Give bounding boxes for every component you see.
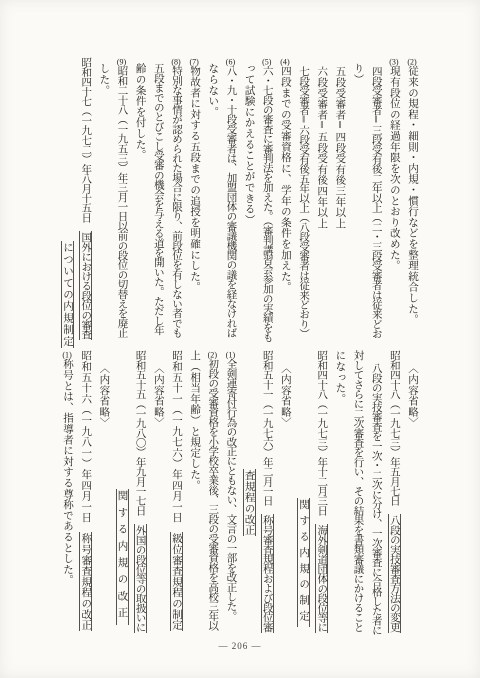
- entry-title: 称号審査規程の改正: [79, 532, 92, 631]
- text-column: り）: [348, 57, 366, 346]
- text-column: (4)四段までの受審資格に、学年の条件を加えた。: [276, 57, 294, 346]
- text-column: 五段までのとびこし受審の機会を与える道を開いた。ただし年: [149, 57, 167, 346]
- clause-number: (6): [225, 57, 235, 66]
- text-column: (2)従来の規程・細則・内規・慣行などを整理統合した。: [403, 57, 421, 346]
- entry-title-continuation: 関する内規の改正: [116, 489, 129, 625]
- text-column: 〈内容省略〉: [94, 350, 112, 628]
- text-column: 昭和五十一（一九七六）年二月一日称号審査規程および段位審: [258, 350, 276, 628]
- text-column: した。: [94, 57, 112, 346]
- text-column: 査規程の改正: [239, 350, 257, 628]
- text-column: についての内規制定: [58, 57, 76, 346]
- text-band-top: (2)従来の規程・細則・内規・慣行などを整理統合した。(3)現有段位の経過年限を…: [58, 57, 421, 346]
- text-column: 関する内規の改正: [112, 350, 130, 628]
- clause-number: (1): [225, 350, 235, 359]
- entry-title: 海外剣道団体の段位等に: [315, 524, 328, 633]
- text-column: 〈内容省略〉: [403, 350, 421, 628]
- text-column: (3)現有段位の経過年限を次のとおり改めた。: [385, 57, 403, 346]
- text-column: 昭和四十八（一九七三）年十二月三日海外剣道団体の段位等に: [312, 350, 330, 628]
- entry-title-continuation: 査規程の改正: [243, 469, 256, 536]
- text-column: (9)昭和二十八（一九五三）年三月一日以前の段位の切替えを廃止: [112, 57, 130, 346]
- text-column: (1)全剣連寄付行為の改正にともない、文言の一部を改正した。: [221, 350, 239, 628]
- page-number: — 206 —: [0, 641, 480, 651]
- text-column: 六段受審者‖五段受有後四年以上: [312, 57, 330, 346]
- text-column: 昭和五十一（一九七六）年四月一日級位審査規程の制定: [167, 350, 185, 628]
- text-column: 四段受審者‖三段受有後二年以上（二・三段受審者は従来どお: [367, 57, 385, 346]
- entry-date: 昭和五十一（一九七六）年二月一日: [262, 350, 273, 505]
- entry-title-continuation: についての内規制定: [61, 241, 74, 348]
- entry-date: 昭和五十五（一九八〇）年九月一七日: [135, 350, 146, 515]
- clause-number: (8): [171, 57, 181, 66]
- entry-title: 称号審査規程および段位審: [261, 514, 274, 632]
- text-column: 対してさらに二次審査を行い、その結果を書類審議にかけること: [348, 350, 366, 628]
- text-column: (8)特別な事情が認められた場合に限り、前段位を有しない者でも: [167, 57, 185, 346]
- text-column: になった。: [330, 350, 348, 628]
- clause-number: (2): [207, 350, 217, 359]
- entry-date: 昭和四十八（一九七三）年十二月三日: [316, 350, 327, 515]
- text-column: 七段受審者‖六段受有後五年以上（八段受審者は従来どおり）: [294, 57, 312, 346]
- clause-number: (5): [262, 57, 272, 66]
- entry-date: 昭和五十一（一九七六）年四月一日: [171, 350, 182, 523]
- text-column: ならない。: [203, 57, 221, 346]
- text-column: (6)八・九・十段受審者は、加盟団体の審議機関の議を経なければ: [221, 57, 239, 346]
- text-column: (2)初段の受審資格を小学校卒業後、三段の受審資格を高校三年以: [203, 350, 221, 628]
- clause-number: (4): [280, 57, 290, 66]
- entry-date: 昭和四十八（一九七三）年五月七日: [389, 350, 400, 505]
- text-column: 昭和四十八（一九七三）年五月七日八段の実技審査方法の変更: [385, 350, 403, 628]
- text-band-bottom: 〈内容省略〉昭和四十八（一九七三）年五月七日八段の実技審査方法の変更八段の実技審…: [58, 350, 421, 628]
- clause-number: (2): [407, 57, 417, 66]
- clause-number: (1): [62, 350, 72, 359]
- text-column: 〈内容省略〉: [276, 350, 294, 628]
- text-column: 齢の条件を付した。: [131, 57, 149, 346]
- text-column: 関する内規の制定: [294, 350, 312, 628]
- entry-title: 八段の実技審査方法の変更: [388, 514, 401, 632]
- clause-number: (3): [389, 57, 399, 66]
- text-column: 五段受審者‖四段受有後三年以上: [330, 57, 348, 346]
- text-column: (7)物故者に対する五段までの追授を明確にした。: [185, 57, 203, 346]
- text-column: 昭和四十七（一九七二）年八月十五日国外における段位の審査: [76, 57, 94, 346]
- text-column: 上（相当年齢）と規定した。: [185, 350, 203, 628]
- text-column: 八段の実技審査を一次・二次に分け、一次審査に合格した者に: [367, 350, 385, 628]
- clause-number: (9): [117, 57, 127, 66]
- document-page: (2)従来の規程・細則・内規・慣行などを整理統合した。(3)現有段位の経過年限を…: [0, 0, 480, 678]
- text-column: (1)称号とは、指導者に対する尊称であるとした。: [58, 350, 76, 628]
- entry-date: 昭和四十七（一九七二）年八月十五日: [80, 57, 91, 222]
- text-column: (5)六・七段の審査に審判法を加えた。（審判講習会参加の実績をも: [258, 57, 276, 346]
- entry-title: 国外における段位の審査: [79, 231, 92, 340]
- text-column: 昭和五十六（一九八一）年四月一日称号審査規程の改正: [76, 350, 94, 628]
- entry-title-continuation: 関する内規の制定: [297, 498, 310, 627]
- text-column: 昭和五十五（一九八〇）年九月一七日外国の段位等の取扱いに: [131, 350, 149, 628]
- clause-number: (7): [189, 57, 199, 66]
- entry-title: 級位審査規程の制定: [170, 532, 183, 631]
- text-column: って試験にかえることができる）: [239, 57, 257, 346]
- text-column: 〈内容省略〉: [149, 350, 167, 628]
- entry-title: 外国の段位等の取扱いに: [134, 524, 147, 633]
- entry-date: 昭和五十六（一九八一）年四月一日: [80, 350, 91, 523]
